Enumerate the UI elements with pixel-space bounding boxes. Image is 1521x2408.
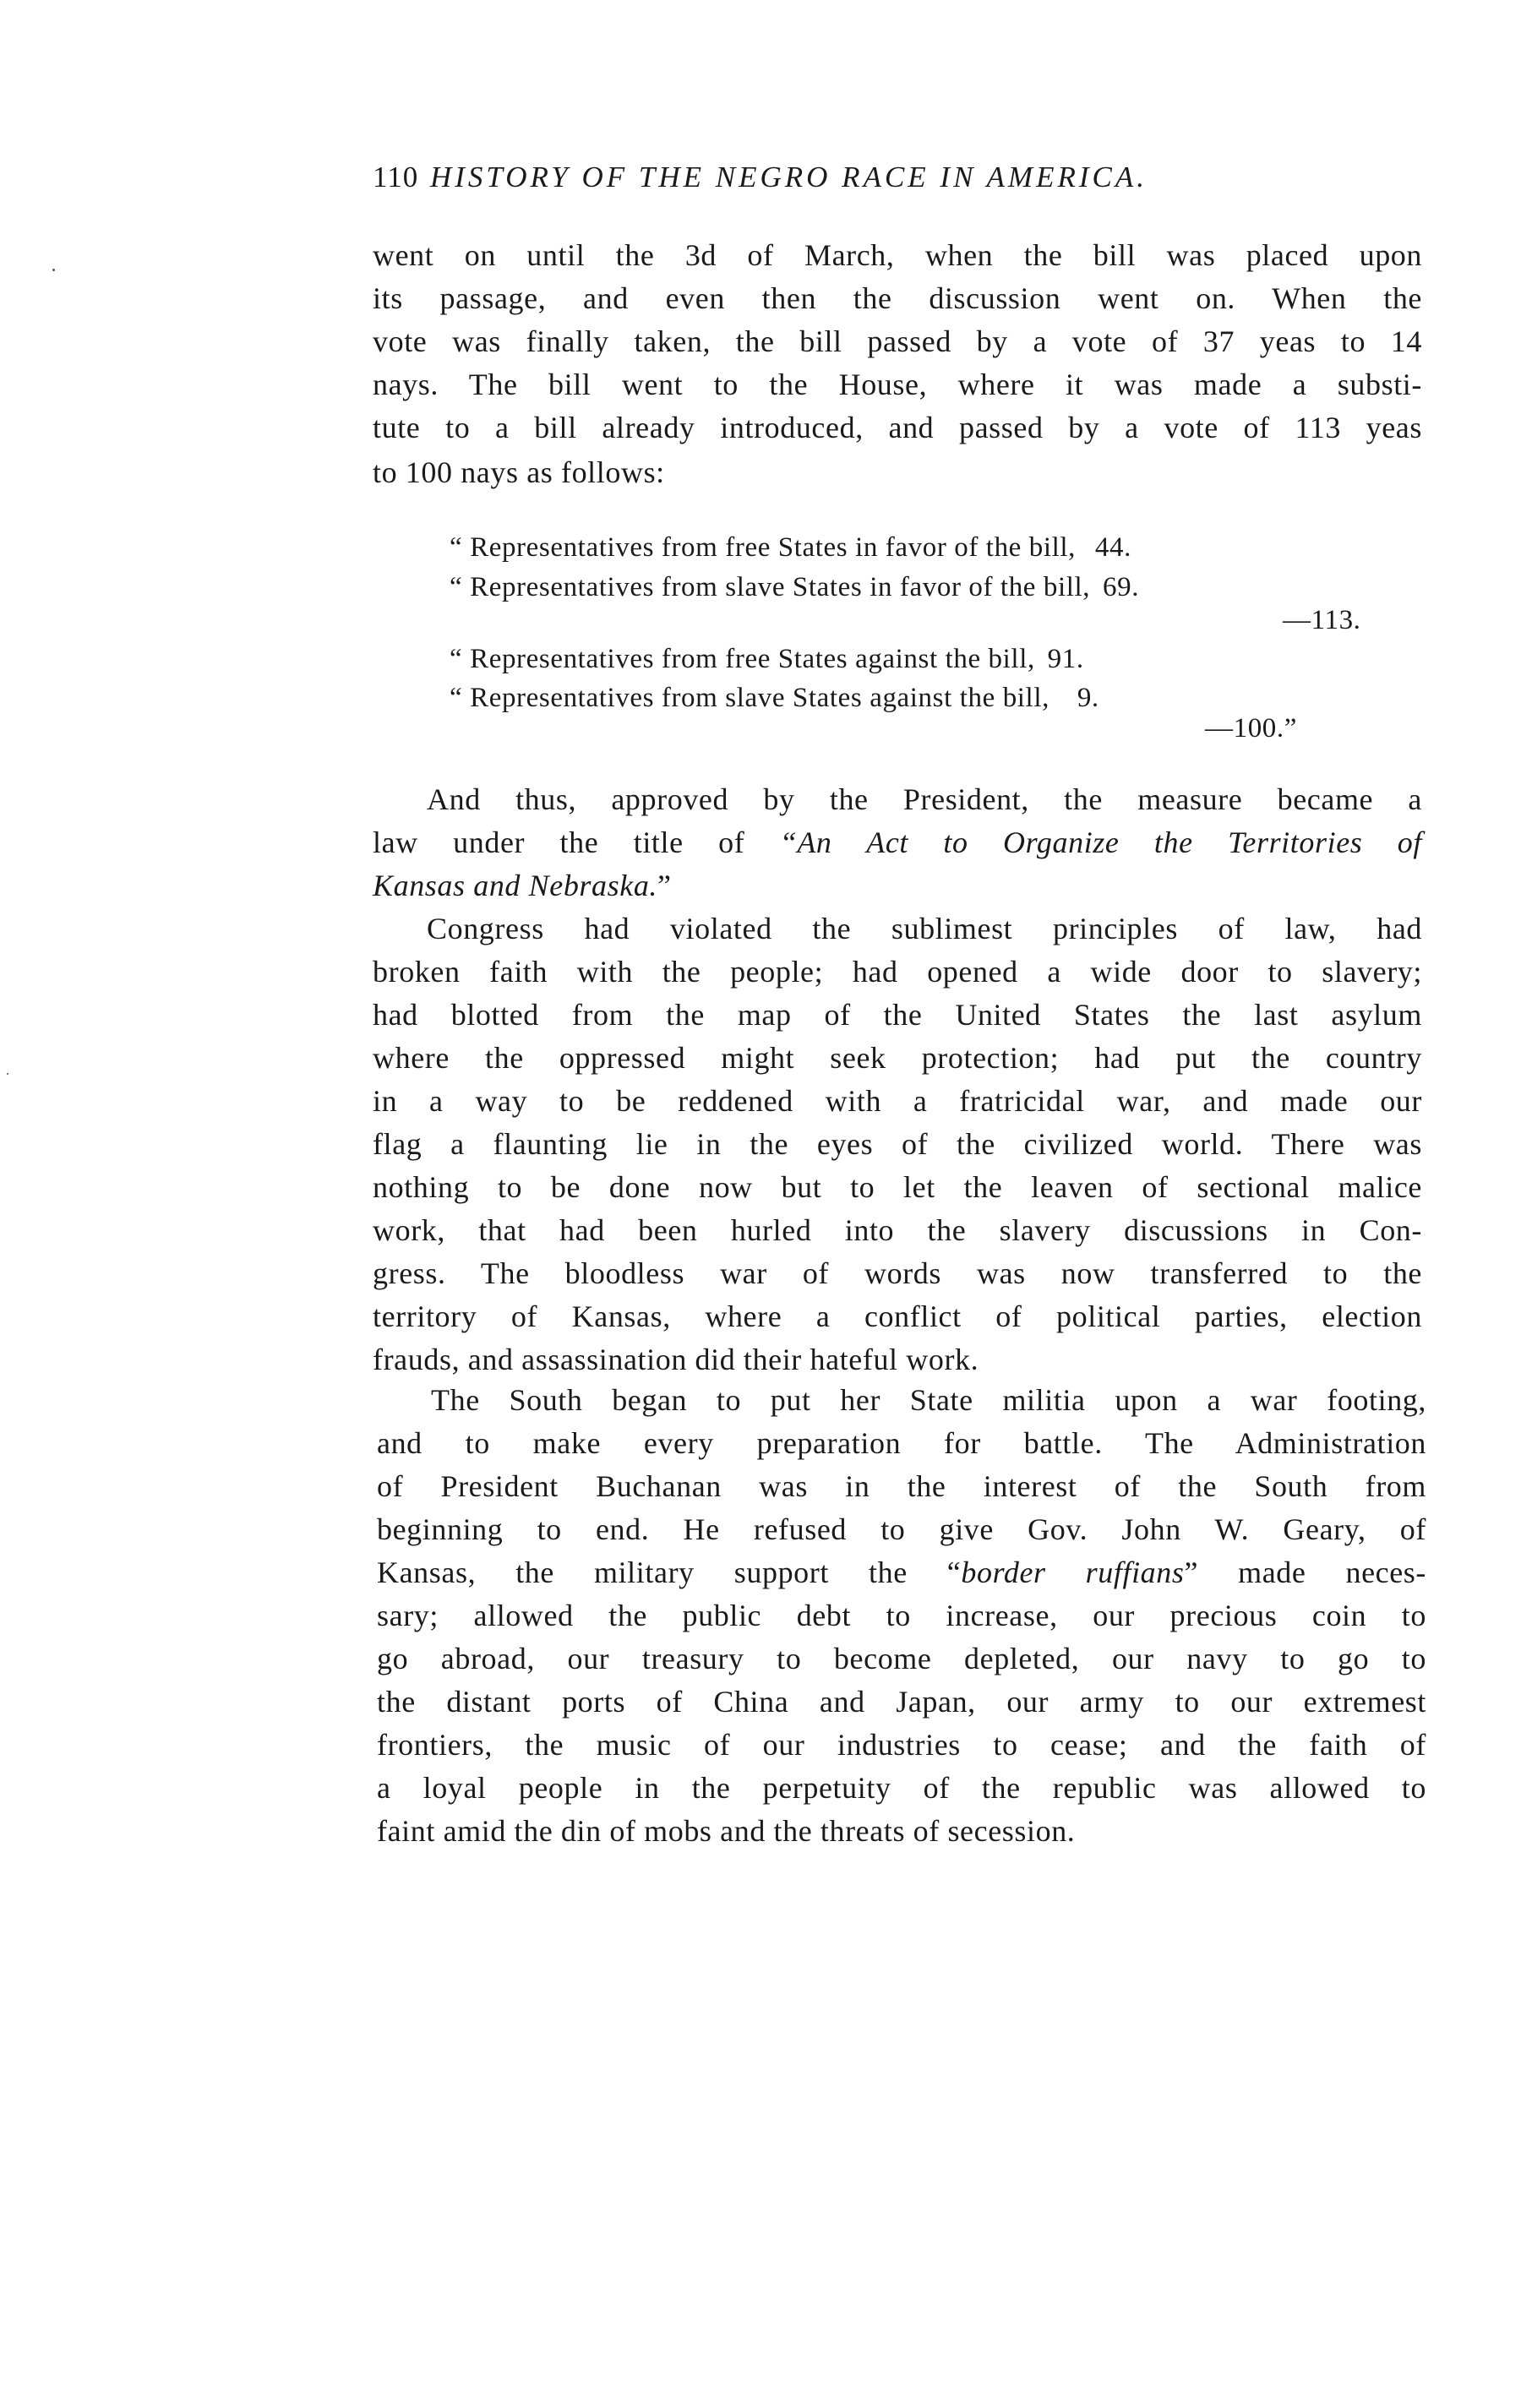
text-line: of President Buchanan was in the interes… bbox=[377, 1468, 1426, 1505]
vote-row: “ Representatives from free States in fa… bbox=[450, 529, 1131, 566]
text-line: beginning to end. He refused to give Gov… bbox=[377, 1511, 1426, 1548]
vote-row-value: 44. bbox=[1095, 532, 1131, 563]
text-line: and to make every preparation for battle… bbox=[377, 1425, 1426, 1462]
text-line: faint amid the din of mobs and the threa… bbox=[377, 1812, 1075, 1850]
text-fragment: ” made neces- bbox=[1185, 1555, 1427, 1589]
text-line: sary; allowed the public debt to increas… bbox=[377, 1597, 1426, 1634]
text-line: went on until the 3d of March, when the … bbox=[373, 237, 1422, 274]
act-title-italic-cont: Kansas and Nebraska. bbox=[373, 869, 657, 902]
text-fragment: Kansas, the military support the bbox=[377, 1555, 908, 1589]
vote-row-value: 91. bbox=[1048, 644, 1084, 674]
text-line: nothing to be done now but to let the le… bbox=[373, 1169, 1422, 1206]
border-ruffians-italic: border ruffians bbox=[961, 1555, 1184, 1589]
text-line: its passage, and even then the discussio… bbox=[373, 280, 1422, 317]
text-line: law under the title of “An Act to Organi… bbox=[373, 824, 1422, 861]
text-line: in a way to be reddened with a fratricid… bbox=[373, 1082, 1422, 1120]
open-quote: “ bbox=[947, 1555, 962, 1589]
text-line: had blotted from the map of the United S… bbox=[373, 996, 1422, 1033]
text-line: territory of Kansas, where a conflict of… bbox=[373, 1298, 1422, 1335]
vote-row-label: “ Representatives from slave States in f… bbox=[450, 572, 1090, 602]
text-line: broken faith with the people; had opened… bbox=[373, 953, 1422, 990]
act-title-italic: “An Act to Organize the Territories of bbox=[780, 825, 1422, 859]
text-line: go abroad, our treasury to become deplet… bbox=[377, 1640, 1426, 1677]
text-line: Kansas, the military support the “border… bbox=[377, 1554, 1426, 1591]
vote-row: “ Representatives from slave States in f… bbox=[450, 569, 1139, 606]
scan-speck bbox=[7, 1073, 8, 1075]
yeas-total: —113. bbox=[1283, 602, 1361, 639]
nays-total: —100.” bbox=[1205, 710, 1297, 747]
text-line: tute to a bill already introduced, and p… bbox=[373, 409, 1422, 446]
text-line: Kansas and Nebraska.” bbox=[373, 867, 672, 904]
text-line: the distant ports of China and Japan, ou… bbox=[377, 1683, 1426, 1720]
book-page: 110 HISTORY OF THE NEGRO RACE IN AMERICA… bbox=[0, 0, 1521, 2408]
vote-row: “ Representatives from free States again… bbox=[450, 640, 1084, 678]
text-line: The South began to put her State militia… bbox=[431, 1381, 1426, 1419]
text-line: frontiers, the music of our industries t… bbox=[377, 1726, 1426, 1763]
vote-row-value: 69. bbox=[1103, 572, 1139, 602]
text-line: work, that had been hurled into the slav… bbox=[373, 1212, 1422, 1249]
running-title: HISTORY OF THE NEGRO RACE IN AMERICA. bbox=[430, 159, 1148, 196]
vote-row-label: “ Representatives from free States in fa… bbox=[450, 532, 1076, 563]
text-fragment: law under the title of bbox=[373, 825, 744, 859]
text-line: And thus, approved by the President, the… bbox=[427, 781, 1422, 818]
text-line: flag a flaunting lie in the eyes of the … bbox=[373, 1125, 1422, 1163]
vote-row-value: 9. bbox=[1077, 683, 1099, 713]
text-line: to 100 nays as follows: bbox=[373, 454, 665, 491]
text-line: vote was finally taken, the bill passed … bbox=[373, 323, 1422, 360]
text-line: where the oppressed might seek protectio… bbox=[373, 1039, 1422, 1076]
closing-quote: ” bbox=[657, 869, 672, 902]
scan-speck bbox=[52, 269, 55, 271]
vote-row-label: “ Representatives from slave States agai… bbox=[450, 683, 1049, 713]
vote-row-label: “ Representatives from free States again… bbox=[450, 644, 1035, 674]
page-number: 110 bbox=[373, 159, 418, 196]
running-header: 110 HISTORY OF THE NEGRO RACE IN AMERICA… bbox=[373, 159, 1420, 196]
text-line: gress. The bloodless war of words was no… bbox=[373, 1255, 1422, 1292]
vote-row: “ Representatives from slave States agai… bbox=[450, 679, 1099, 716]
text-line: nays. The bill went to the House, where … bbox=[373, 366, 1422, 403]
text-line: a loyal people in the perpetuity of the … bbox=[377, 1769, 1426, 1806]
text-line: frauds, and assassination did their hate… bbox=[373, 1341, 979, 1378]
text-line: Congress had violated the sublimest prin… bbox=[427, 910, 1422, 947]
